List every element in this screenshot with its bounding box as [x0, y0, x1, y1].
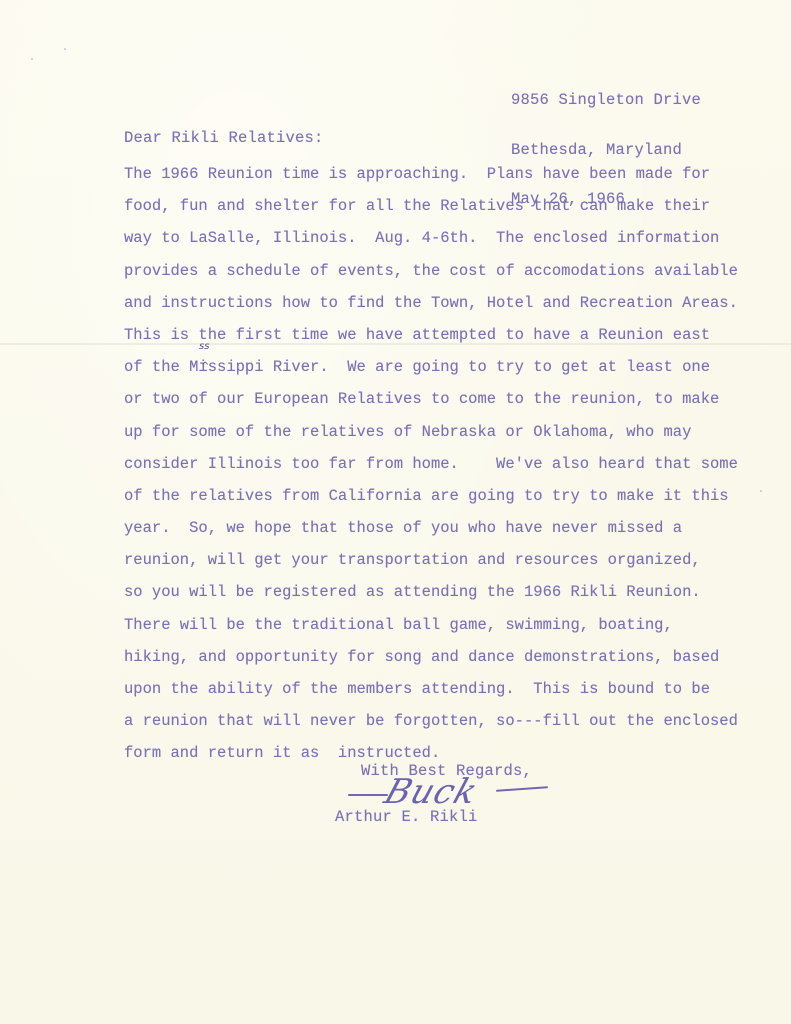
signer-name: Arthur E. Rikli — [335, 808, 478, 826]
handwritten-caret-mark: ^ — [201, 361, 209, 372]
body-line: way to LaSalle, Illinois. Aug. 4-6th. Th… — [124, 222, 738, 254]
body-line: of the Missippi River. We are going to t… — [124, 351, 738, 383]
body-line: This is the first time we have attempted… — [124, 319, 738, 351]
body-line: consider Illinois too far from home. We'… — [124, 448, 738, 480]
body-line: upon the ability of the members attendin… — [124, 673, 738, 705]
body-line: a reunion that will never be forgotten, … — [124, 705, 738, 737]
body-line: provides a schedule of events, the cost … — [124, 255, 738, 287]
body-line: The 1966 Reunion time is approaching. Pl… — [124, 158, 738, 190]
address-city-state: Bethesda, Maryland — [511, 142, 701, 159]
body-line: of the relatives from California are goi… — [124, 480, 738, 512]
signature-flourish-right — [496, 786, 548, 792]
paper-speck — [64, 48, 66, 50]
signature-flourish-left — [348, 794, 388, 796]
body-line: hiking, and opportunity for song and dan… — [124, 641, 738, 673]
letter-body: The 1966 Reunion time is approaching. Pl… — [124, 158, 738, 770]
salutation: Dear Rikli Relatives: — [124, 129, 324, 147]
paper-speck — [31, 58, 33, 60]
body-line: up for some of the relatives of Nebraska… — [124, 416, 738, 448]
body-line: year. So, we hope that those of you who … — [124, 512, 738, 544]
body-line: and instructions how to find the Town, H… — [124, 287, 738, 319]
signature-text: Buck — [380, 772, 484, 812]
body-line: or two of our European Relatives to come… — [124, 383, 738, 415]
body-line: so you will be registered as attending t… — [124, 576, 738, 608]
body-line: There will be the traditional ball game,… — [124, 609, 738, 641]
address-street: 9856 Singleton Drive — [511, 92, 701, 109]
body-line: food, fun and shelter for all the Relati… — [124, 190, 738, 222]
paper-speck — [760, 490, 762, 492]
body-line: reunion, will get your transportation an… — [124, 544, 738, 576]
handwritten-correction-insert: ss — [199, 341, 209, 352]
